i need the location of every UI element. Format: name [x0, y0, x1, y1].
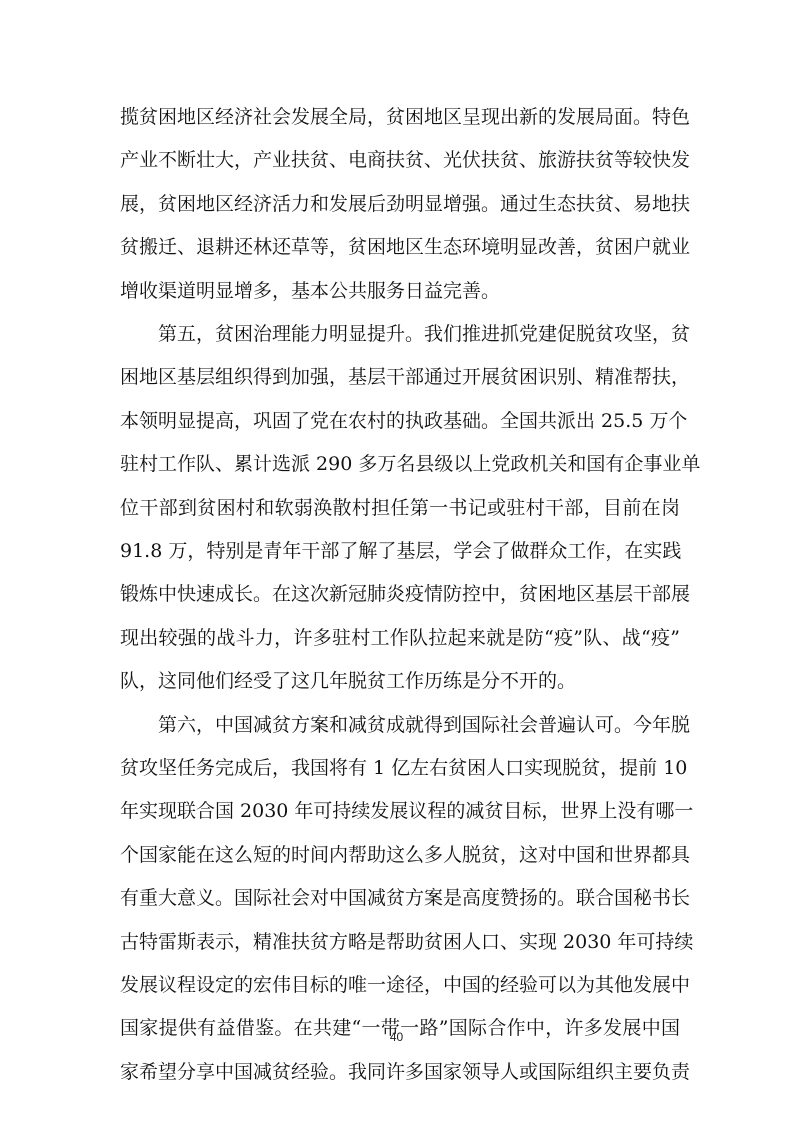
text-line: 发展议程设定的宏伟目标的唯一途径，中国的经验可以为其他发展中: [120, 964, 680, 1007]
text-line: 贫攻坚任务完成后，我国将有 1 亿左右贫困人口实现脱贫，提前 10: [120, 747, 680, 790]
text-line: 年实现联合国 2030 年可持续发展议程的减贫目标，世界上没有哪一: [120, 790, 680, 833]
text-line: 家希望分享中国减贫经验。我同许多国家领导人或国际组织主要负责: [120, 1051, 680, 1094]
text-line: 展，贫困地区经济活力和发展后劲明显增强。通过生态扶贫、易地扶: [120, 183, 680, 226]
text-line: 增收渠道明显增多，基本公共服务日益完善。: [120, 270, 680, 313]
text-line: 第五，贫困治理能力明显提升。我们推进抓党建促脱贫攻坚，贫: [158, 313, 680, 356]
text-line: 91.8 万，特别是青年干部了解了基层，学会了做群众工作，在实践: [120, 530, 680, 573]
text-line: 第六，中国减贫方案和减贫成就得到国际社会普遍认可。今年脱: [158, 704, 680, 747]
text-line: 古特雷斯表示，精准扶贫方略是帮助贫困人口、实现 2030 年可持续: [120, 921, 680, 964]
text-line: 贫搬迁、退耕还林还草等，贫困地区生态环境明显改善，贫困户就业: [120, 226, 680, 269]
text-line: 有重大意义。国际社会对中国减贫方案是高度赞扬的。联合国秘书长: [120, 877, 680, 920]
text-line: 现出较强的战斗力，许多驻村工作队拉起来就是防“疫”队、战“疫”: [120, 617, 680, 660]
text-line: 揽贫困地区经济社会发展全局，贫困地区呈现出新的发展局面。特色: [120, 96, 680, 139]
text-line: 队，这同他们经受了这几年脱贫工作历练是分不开的。: [120, 660, 680, 703]
text-line: 本领明显提高，巩固了党在农村的执政基础。全国共派出 25.5 万个: [120, 400, 680, 443]
text-line: 困地区基层组织得到加强，基层干部通过开展贫困识别、精准帮扶，: [120, 356, 680, 399]
text-line: 驻村工作队、累计选派 290 多万名县级以上党政机关和国有企事业单: [120, 443, 680, 486]
page-number: 40: [0, 1030, 793, 1044]
text-line: 产业不断壮大，产业扶贫、电商扶贫、光伏扶贫、旅游扶贫等较快发: [120, 139, 680, 182]
text-line: 锻炼中快速成长。在这次新冠肺炎疫情防控中，贫困地区基层干部展: [120, 573, 680, 616]
text-line: 个国家能在这么短的时间内帮助这么多人脱贫，这对中国和世界都具: [120, 834, 680, 877]
document-page: 揽贫困地区经济社会发展全局，贫困地区呈现出新的发展局面。特色 产业不断壮大，产业…: [0, 0, 793, 1122]
text-line: 位干部到贫困村和软弱涣散村担任第一书记或驻村干部，目前在岗: [120, 487, 680, 530]
